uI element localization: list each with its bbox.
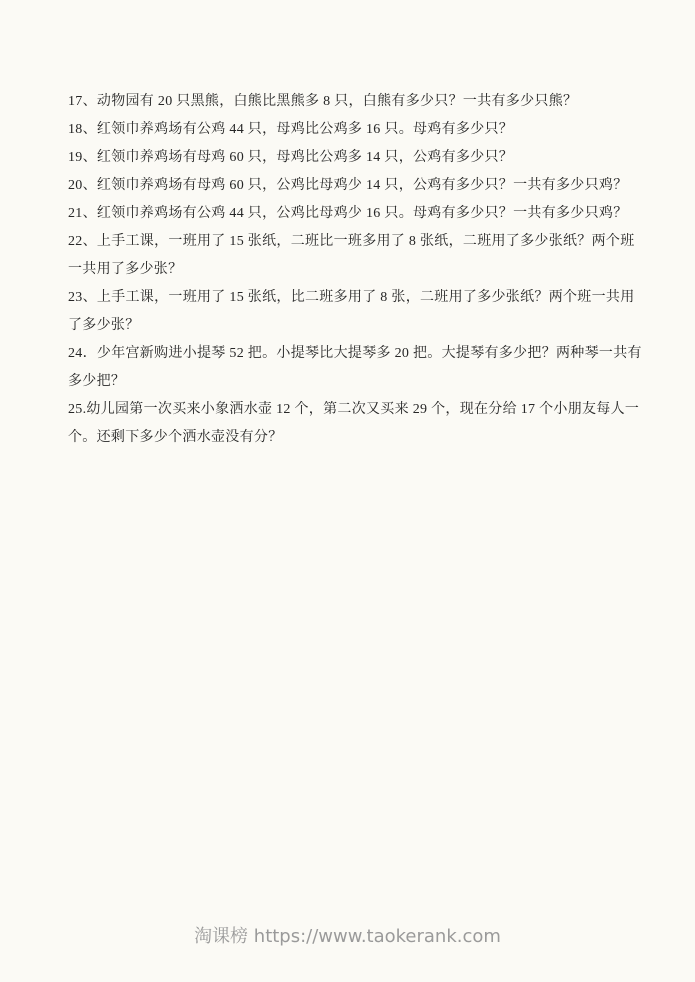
problem-24: 24．少年宫新购进小提琴 52 把。小提琴比大提琴多 20 把。大提琴有多少把？… [68, 340, 645, 396]
worksheet-page: 17、动物园有 20 只黑熊，白熊比黑熊多 8 只，白熊有多少只？一共有多少只熊… [0, 0, 695, 982]
problem-18: 18、红领巾养鸡场有公鸡 44 只，母鸡比公鸡多 16 只。母鸡有多少只？ [68, 116, 645, 144]
problem-19: 19、红领巾养鸡场有母鸡 60 只，母鸡比公鸡多 14 只，公鸡有多少只？ [68, 144, 645, 172]
page-footer-watermark: 淘课榜 https://www.taokerank.com [0, 926, 695, 948]
problem-25: 25.幼儿园第一次买来小象洒水壶 12 个，第二次又买来 29 个，现在分给 1… [68, 396, 645, 452]
problem-22: 22、上手工课，一班用了 15 张纸，二班比一班多用了 8 张纸，二班用了多少张… [68, 228, 645, 284]
problem-17: 17、动物园有 20 只黑熊，白熊比黑熊多 8 只，白熊有多少只？一共有多少只熊… [68, 88, 645, 116]
problem-23: 23、上手工课，一班用了 15 张纸，比二班多用了 8 张，二班用了多少张纸？两… [68, 284, 645, 340]
problem-20: 20、红领巾养鸡场有母鸡 60 只，公鸡比母鸡少 14 只，公鸡有多少只？一共有… [68, 172, 645, 200]
problem-21: 21、红领巾养鸡场有公鸡 44 只，公鸡比母鸡少 16 只。母鸡有多少只？一共有… [68, 200, 645, 228]
